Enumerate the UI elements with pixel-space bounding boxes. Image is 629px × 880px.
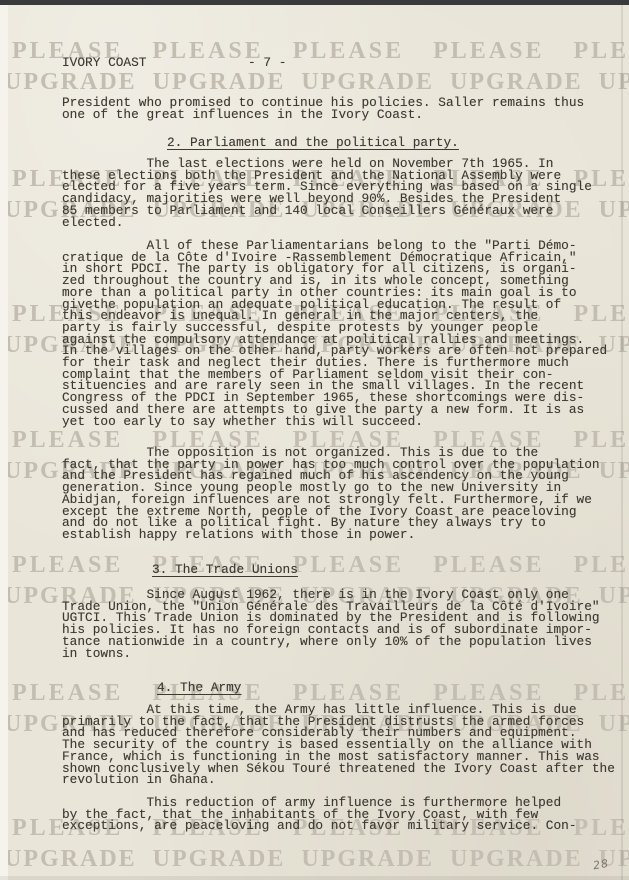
section-heading-trade-unions: 3. The Trade Unions: [152, 564, 298, 576]
paragraph-trade-union: Since August 1962, there is in the Ivory…: [62, 589, 600, 659]
document-title: IVORY COAST: [62, 57, 146, 69]
page-content: IVORY COAST - 7 - President who promised…: [0, 0, 629, 880]
handwritten-page-number: 28: [592, 857, 610, 873]
paper-right-crease: [621, 0, 623, 880]
scan-bottom-edge: [0, 876, 629, 880]
paragraph-army-reduction: This reduction of army influence is furt…: [62, 797, 577, 832]
scan-left-edge: [0, 0, 8, 880]
paragraph-army-influence: At this time, the Army has little influe…: [62, 704, 615, 786]
scan-top-edge: [0, 0, 629, 5]
paragraph-pdci: All of these Parliamentarians belong to …: [62, 240, 607, 427]
section-heading-army: 4. The Army: [157, 682, 241, 694]
scanned-document-page: PLEASE PLEASE PLEASE PLEASE PLEASEUPGRAD…: [0, 0, 629, 880]
section-heading-parliament: 2. Parliament and the political party.: [167, 137, 459, 149]
paragraph-elections: The last elections were held on November…: [62, 158, 592, 228]
page-label: - 7 -: [248, 57, 286, 69]
paragraph-intro: President who promised to continue his p…: [62, 97, 584, 120]
paragraph-opposition: The opposition is not organized. This is…: [62, 447, 600, 541]
